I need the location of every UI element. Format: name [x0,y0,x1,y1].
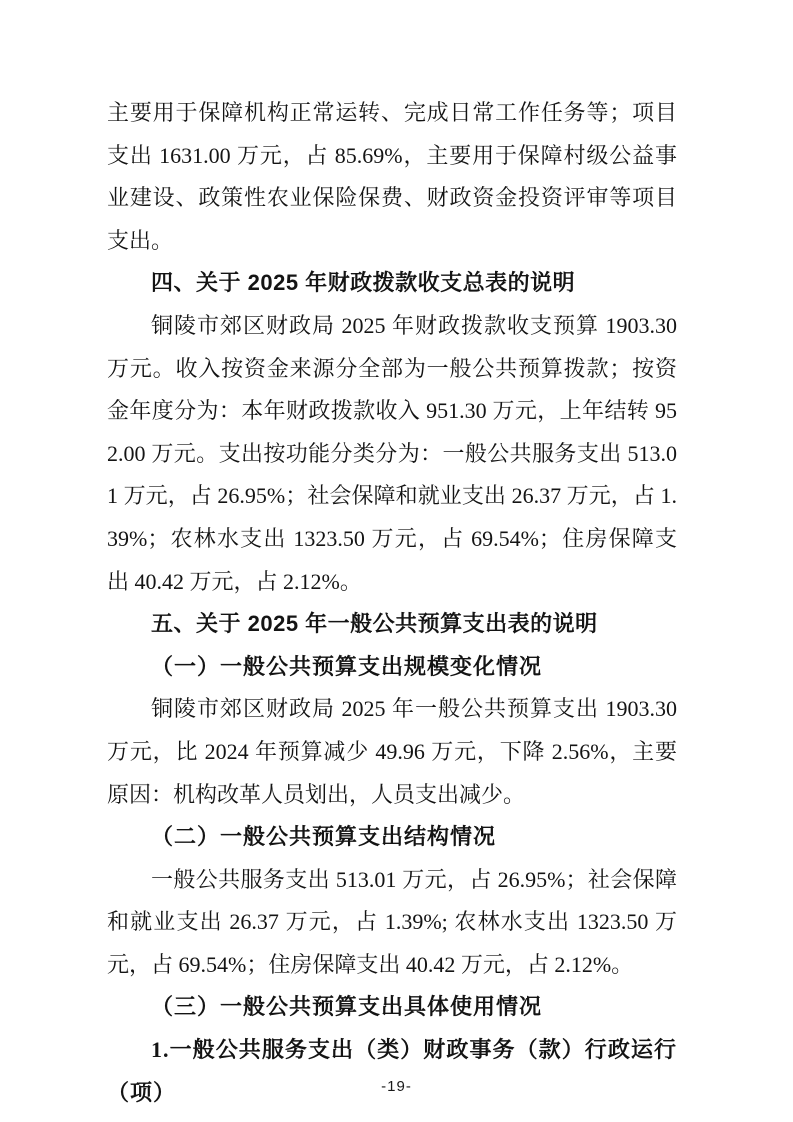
subsection-heading: （二）一般公共预算支出结构情况 [107,816,677,859]
document-content: 主要用于保障机构正常运转、完成日常工作任务等；项目支出 1631.00 万元，占… [107,92,677,1114]
section-heading: 四、关于 2025 年财政拨款收支总表的说明 [107,262,677,305]
page-footer: -19- [0,1078,793,1096]
page-number: -19- [381,1078,412,1095]
document-page: 主要用于保障机构正常运转、完成日常工作任务等；项目支出 1631.00 万元，占… [0,0,793,1122]
subsection-heading: （三）一般公共预算支出具体使用情况 [107,986,677,1029]
body-paragraph: 主要用于保障机构正常运转、完成日常工作任务等；项目支出 1631.00 万元，占… [107,92,677,262]
subsection-heading: （一）一般公共预算支出规模变化情况 [107,646,677,689]
body-paragraph: 铜陵市郊区财政局 2025 年财政拨款收支预算 1903.30 万元。收入按资金… [107,305,677,603]
body-paragraph: 铜陵市郊区财政局 2025 年一般公共预算支出 1903.30 万元，比 202… [107,688,677,816]
item-heading: 1.一般公共服务支出（类）财政事务（款）行政运行（项） [107,1029,677,1114]
section-heading: 五、关于 2025 年一般公共预算支出表的说明 [107,603,677,646]
body-paragraph: 一般公共服务支出 513.01 万元，占 26.95%；社会保障和就业支出 26… [107,859,677,987]
